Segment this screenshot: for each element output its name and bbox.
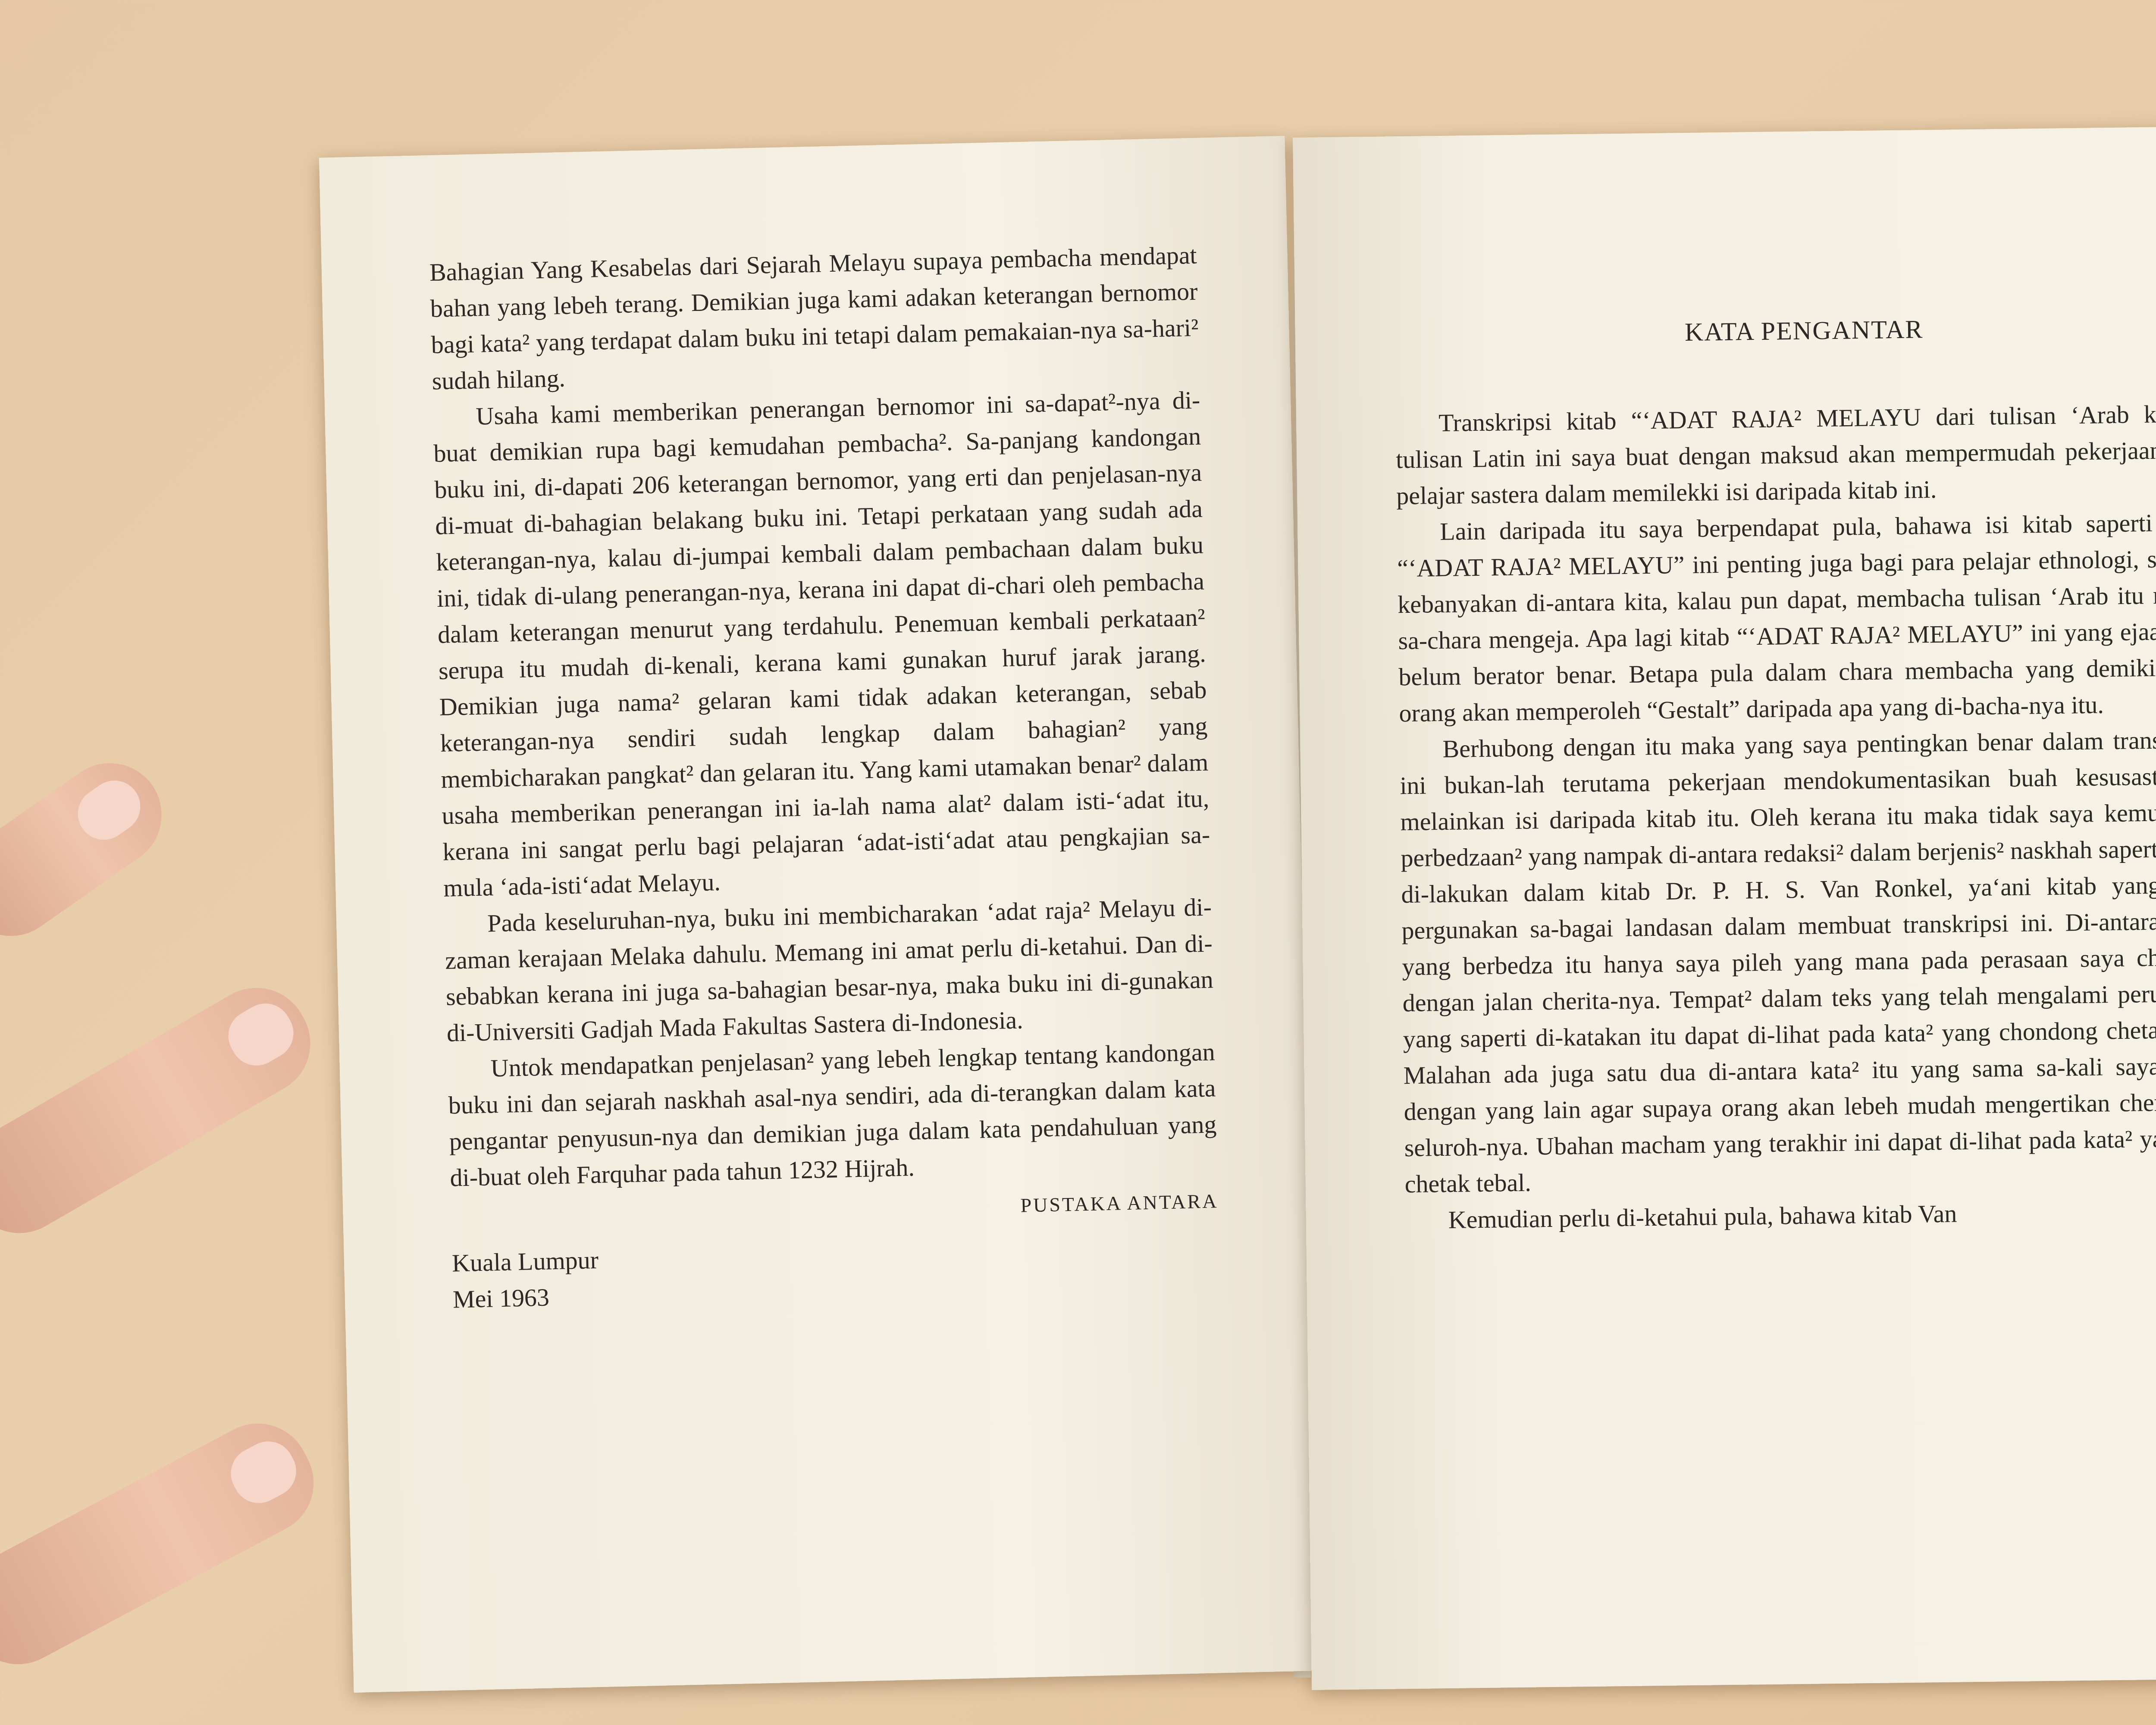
hand-holding-book bbox=[0, 798, 336, 1725]
paragraph: Transkripsi kitab “‘ADAT RAJA² MELAYU da… bbox=[1395, 395, 2156, 514]
page-title: KATA PENGANTAR bbox=[1394, 307, 2156, 354]
paragraph: Berhubong dengan itu maka yang saya pent… bbox=[1399, 721, 2156, 1202]
finger bbox=[0, 969, 329, 1252]
finger bbox=[0, 1405, 332, 1683]
right-page-text: KATA PENGANTAR Transkripsi kitab “‘ADAT … bbox=[1394, 307, 2156, 1239]
paragraph: Pada keseluruhan-nya, buku ini membichar… bbox=[444, 889, 1214, 1051]
paragraph: Usaha kami memberikan penerangan bernomo… bbox=[432, 382, 1211, 906]
paragraph: Bahagian Yang Kesabelas dari Sejarah Mel… bbox=[429, 237, 1200, 399]
left-page-text: Bahagian Yang Kesabelas dari Sejarah Mel… bbox=[429, 237, 1220, 1318]
right-page: KATA PENGANTAR Transkripsi kitab “‘ADAT … bbox=[1293, 121, 2156, 1690]
finger bbox=[0, 743, 182, 957]
paragraph: Lain daripada itu saya berpendapat pula,… bbox=[1397, 504, 2156, 731]
paragraph: Untok mendapatkan penjelasan² yang lebeh… bbox=[447, 1034, 1218, 1196]
left-page: Bahagian Yang Kesabelas dari Sejarah Mel… bbox=[319, 136, 1319, 1693]
